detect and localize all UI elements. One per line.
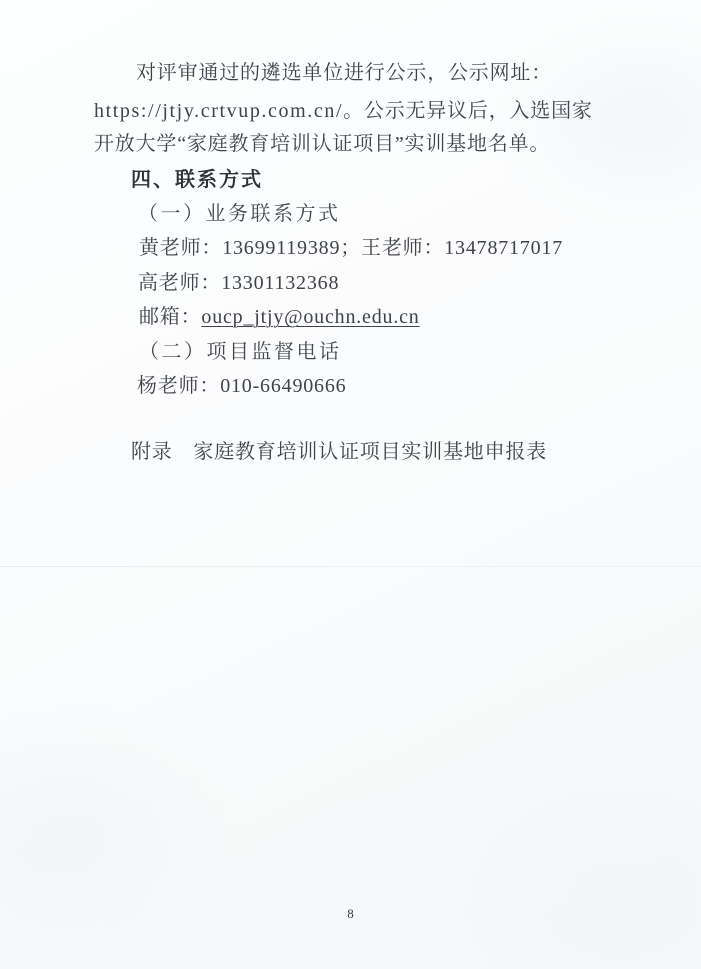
- subheading-business-contact: （一）业务联系方式: [138, 201, 341, 227]
- paragraph-public-notice-line2-tail: 。公示无异议后，入选国家: [343, 100, 593, 122]
- scanned-document-page: 对评审通过的遴选单位进行公示，公示网址： https://jtjy.crtvup…: [0, 0, 701, 969]
- email-line: 邮箱：oucp_jtjy@ouchn.edu.cn: [139, 304, 420, 330]
- business-contact-line1: 黄老师：13699119389；王老师：13478717017: [139, 235, 563, 261]
- paragraph-public-notice-line1: 对评审通过的遴选单位进行公示，公示网址：: [136, 60, 552, 86]
- supervision-contact-line: 杨老师：010-66490666: [137, 373, 346, 399]
- email-address: oucp_jtjy@ouchn.edu.cn: [201, 306, 419, 328]
- email-label: 邮箱：: [139, 306, 201, 328]
- paragraph-public-notice-line2: https://jtjy.crtvup.com.cn/。公示无异议后，入选国家: [94, 98, 593, 124]
- business-contact-line2: 高老师：13301132368: [138, 270, 339, 296]
- paragraph-public-notice-line3: 开放大学“家庭教育培训认证项目”实训基地名单。: [94, 131, 550, 157]
- section-heading-contact-info: 四、联系方式: [131, 167, 263, 193]
- page-number: 8: [0, 906, 701, 922]
- subheading-supervision-phone: （二）项目监督电话: [139, 339, 342, 365]
- scan-fold-line: [0, 566, 701, 567]
- appendix-line: 附录 家庭教育培训认证项目实训基地申报表: [131, 439, 547, 465]
- public-notice-url: https://jtjy.crtvup.com.cn/: [94, 100, 343, 122]
